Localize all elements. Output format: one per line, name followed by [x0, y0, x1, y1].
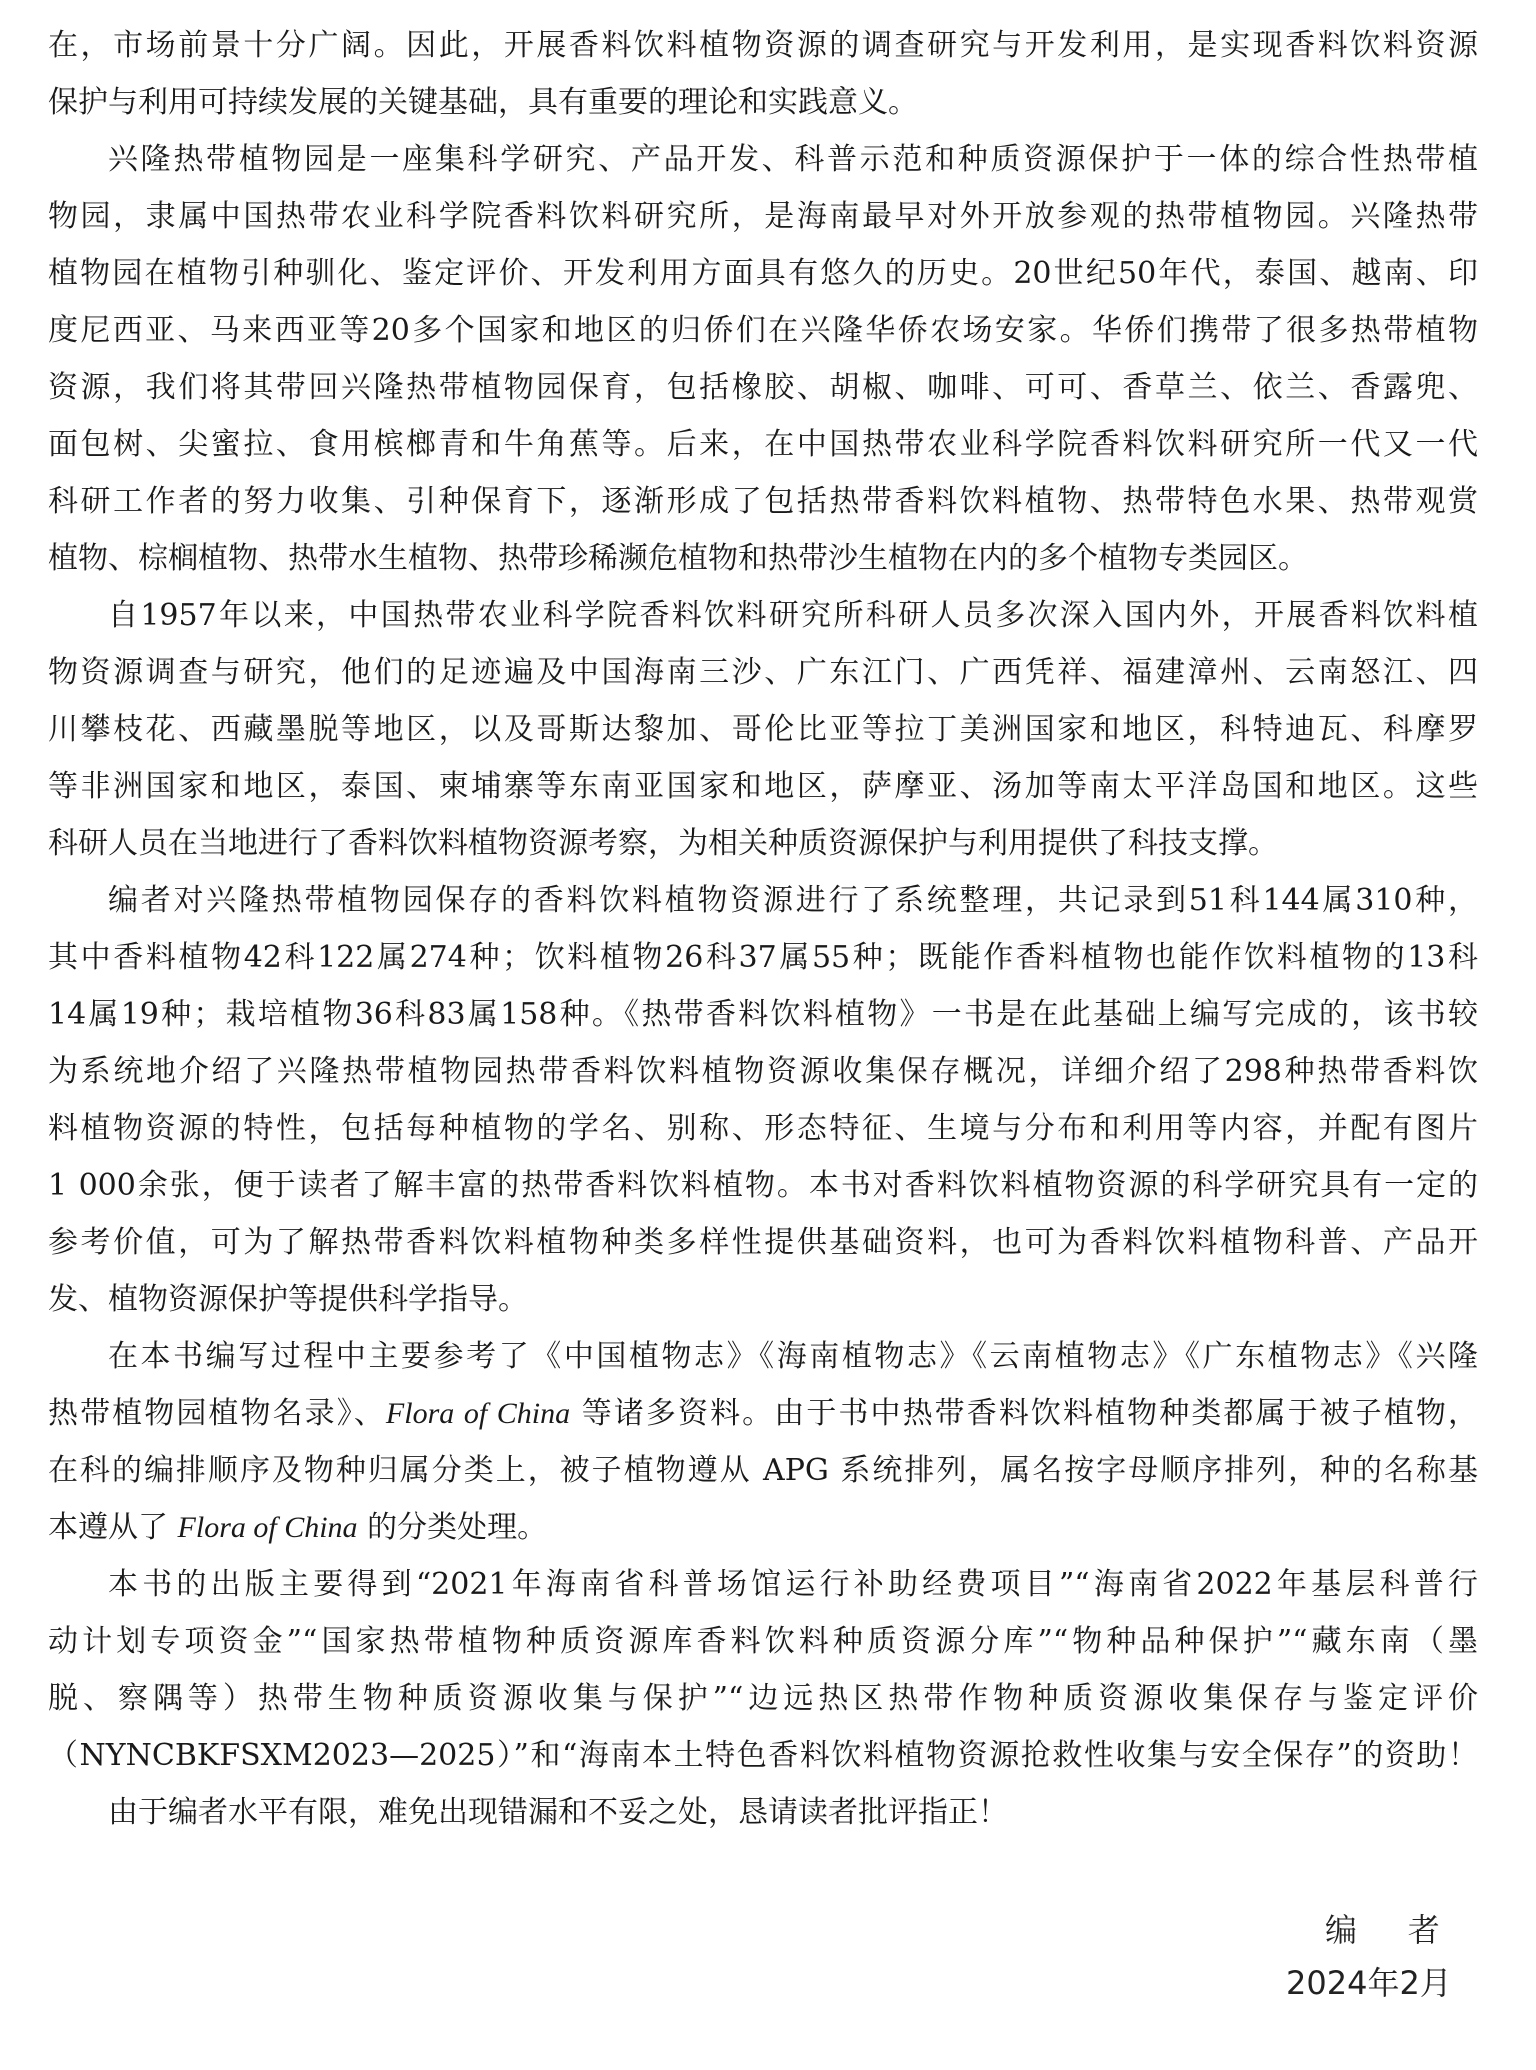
text-line: 物园，隶属中国热带农业科学院香料饮料研究所，是海南最早对外开放参观的热带植物园。…: [48, 188, 1478, 245]
text-line: 发、植物资源保护等提供科学指导。: [48, 1271, 1478, 1328]
text-line: 在本书编写过程中主要参考了《中国植物志》《海南植物志》《云南植物志》《广东植物志…: [48, 1328, 1478, 1385]
text-line: 植物、棕榈植物、热带水生植物、热带珍稀濒危植物和热带沙生植物在内的多个植物专类园…: [48, 530, 1478, 587]
text-line: 植物园在植物引种驯化、鉴定评价、开发利用方面具有悠久的历史。20世纪50年代，泰…: [48, 245, 1478, 302]
preface-body: 在，市场前景十分广阔。因此，开展香料饮料植物资源的调查研究与开发利用，是实现香料…: [48, 17, 1478, 1841]
paragraph: 在，市场前景十分广阔。因此，开展香料饮料植物资源的调查研究与开发利用，是实现香料…: [48, 17, 1478, 131]
text-line: 物资源调查与研究，他们的足迹遍及中国海南三沙、广东江门、广西凭祥、福建漳州、云南…: [48, 644, 1478, 701]
text-line: 科研人员在当地进行了香料饮料植物资源考察，为相关种质资源保护与利用提供了科技支撑…: [48, 815, 1478, 872]
text-line: 其中香料植物42科122属274种；饮料植物26科37属55种；既能作香料植物也…: [48, 929, 1478, 986]
text-line: 本遵从了 Flora of China 的分类处理。: [48, 1499, 1478, 1556]
text-line: （NYNCBKFSXM2023—2025）”和“海南本土特色香料饮料植物资源抢救…: [48, 1727, 1478, 1784]
paragraph: 由于编者水平有限，难免出现错漏和不妥之处，恳请读者批评指正！: [48, 1784, 1478, 1841]
text-line: 在科的编排顺序及物种归属分类上，被子植物遵从 APG 系统排列，属名按字母顺序排…: [48, 1442, 1478, 1499]
text-line: 料植物资源的特性，包括每种植物的学名、别称、形态特征、生境与分布和利用等内容，并…: [48, 1100, 1478, 1157]
latin-title: Flora of China: [386, 1397, 570, 1430]
paragraph: 自1957年以来，中国热带农业科学院香料饮料研究所科研人员多次深入国内外，开展香…: [48, 587, 1478, 872]
text-line: 资源，我们将其带回兴隆热带植物园保育，包括橡胶、胡椒、咖啡、可可、香草兰、依兰、…: [48, 359, 1478, 416]
text-line: 川攀枝花、西藏墨脱等地区，以及哥斯达黎加、哥伦比亚等拉丁美洲国家和地区，科特迪瓦…: [48, 701, 1478, 758]
signature-author: 编 者: [1325, 1905, 1442, 1951]
text-line: 脱、察隅等）热带生物种质资源收集与保护”“边远热区热带作物种质资源收集保存与鉴定…: [48, 1670, 1478, 1727]
text-line: 面包树、尖蜜拉、食用槟榔青和牛角蕉等。后来，在中国热带农业科学院香料饮料研究所一…: [48, 416, 1478, 473]
text-line: 在，市场前景十分广阔。因此，开展香料饮料植物资源的调查研究与开发利用，是实现香料…: [48, 17, 1478, 74]
text-line: 兴隆热带植物园是一座集科学研究、产品开发、科普示范和种质资源保护于一体的综合性热…: [48, 131, 1478, 188]
text-line: 度尼西亚、马来西亚等20多个国家和地区的归侨们在兴隆华侨农场安家。华侨们携带了很…: [48, 302, 1478, 359]
paragraph: 兴隆热带植物园是一座集科学研究、产品开发、科普示范和种质资源保护于一体的综合性热…: [48, 131, 1478, 587]
signature-date: 2024年2月: [1286, 1958, 1452, 2004]
text-line: 1 000余张，便于读者了解丰富的热带香料饮料植物。本书对香料饮料植物资源的科学…: [48, 1157, 1478, 1214]
text-line: 自1957年以来，中国热带农业科学院香料饮料研究所科研人员多次深入国内外，开展香…: [48, 587, 1478, 644]
text-line: 14属19种；栽培植物36科83属158种。《热带香料饮料植物》一书是在此基础上…: [48, 986, 1478, 1043]
paragraph: 在本书编写过程中主要参考了《中国植物志》《海南植物志》《云南植物志》《广东植物志…: [48, 1328, 1478, 1556]
text-line: 热带植物园植物名录》、Flora of China 等诸多资料。由于书中热带香料…: [48, 1385, 1478, 1442]
text-line: 由于编者水平有限，难免出现错漏和不妥之处，恳请读者批评指正！: [48, 1784, 1478, 1841]
text-line: 为系统地介绍了兴隆热带植物园热带香料饮料植物资源收集保存概况，详细介绍了298种…: [48, 1043, 1478, 1100]
text-line: 本书的出版主要得到“2021年海南省科普场馆运行补助经费项目”“海南省2022年…: [48, 1556, 1478, 1613]
text-line: 参考价值，可为了解热带香料饮料植物种类多样性提供基础资料，也可为香料饮料植物科普…: [48, 1214, 1478, 1271]
text-line: 保护与利用可持续发展的关键基础，具有重要的理论和实践意义。: [48, 74, 1478, 131]
text-line: 等非洲国家和地区，泰国、柬埔寨等东南亚国家和地区，萨摩亚、汤加等南太平洋岛国和地…: [48, 758, 1478, 815]
paragraph: 编者对兴隆热带植物园保存的香料饮料植物资源进行了系统整理，共记录到51科144属…: [48, 872, 1478, 1328]
text-line: 编者对兴隆热带植物园保存的香料饮料植物资源进行了系统整理，共记录到51科144属…: [48, 872, 1478, 929]
text-line: 动计划专项资金”“国家热带植物种质资源库香料饮料种质资源分库”“物种品种保护”“…: [48, 1613, 1478, 1670]
text-line: 科研工作者的努力收集、引种保育下，逐渐形成了包括热带香料饮料植物、热带特色水果、…: [48, 473, 1478, 530]
latin-title: Flora of China: [178, 1511, 358, 1544]
paragraph: 本书的出版主要得到“2021年海南省科普场馆运行补助经费项目”“海南省2022年…: [48, 1556, 1478, 1784]
